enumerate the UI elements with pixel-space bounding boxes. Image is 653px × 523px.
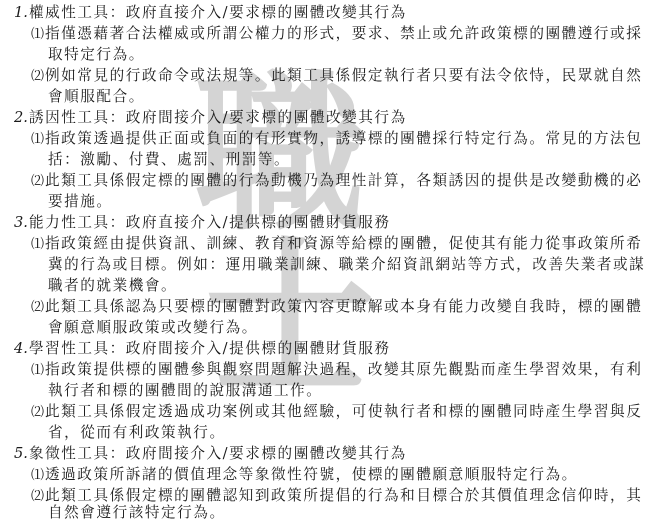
list-item: ⑴指政策透過提供正面或負面的有形實物，誘導標的團體採行特定行為。常見的方法包 [31, 129, 642, 150]
list-item: ⑴透過政策所訴諸的價值理念等象徵性符號，使標的團體願意順服特定行為。 [31, 465, 578, 486]
item-text: 此類工具係認為只要標的團體對政策內容更瞭解或本身有能力改變自我時，標的團體 [45, 298, 642, 315]
item-marker: ⑵ [31, 300, 44, 315]
list-item: ⑴指政策提供標的團體參與觀察問題解決過程，改變其原先觀點而產生學習效果，有利 [31, 360, 642, 381]
section-number: 2. [14, 109, 28, 126]
section-heading: 2.誘因性工具：政府間接介入/要求標的團體改變其行為 [14, 108, 407, 128]
section-number: 4. [14, 340, 28, 357]
item-continuation: 會順服配合。 [48, 87, 145, 107]
item-continuation: 冀的行為或目標。例如：運用職業訓練、職業介紹資訊網站等方式，改善失業者或謀 [48, 255, 645, 275]
item-text: 指政策提供標的團體參與觀察問題解決過程，改變其原先觀點而產生學習效果，有利 [45, 361, 642, 378]
list-item: ⑴指政策經由提供資訊、訓練、教育和資源等給標的團體，促使其有能力從事政策所希 [31, 234, 642, 255]
item-continuation: 省，從而有利政策執行。 [48, 423, 226, 443]
item-text: 此類工具係假定標的團體認知到政策所提倡的行為和目標合於其價值理念信仰時，其 [45, 487, 642, 504]
item-marker: ⑵ [31, 489, 44, 504]
item-continuation: 自然會遵行該特定行為。 [48, 503, 226, 523]
item-text: 此類工具係假定透過成功案例或其他經驗，可使執行者和標的團體同時產生學習與反 [45, 403, 642, 420]
section-title: 誘因性工具：政府間接介入/要求標的團體改變其行為 [29, 109, 407, 126]
item-text: 指政策透過提供正面或負面的有形實物，誘導標的團體採行特定行為。常見的方法包 [45, 130, 642, 147]
section-heading: 3.能力性工具：政府直接介入/提供標的團體財貨服務 [14, 213, 391, 233]
section-title: 權威性工具：政府直接介入/要求標的團體改變其行為 [29, 4, 407, 21]
item-text: 例如常見的行政命令或法規等。此類工具係假定執行者只要有法令依恃，民眾就自然 [45, 67, 642, 84]
item-marker: ⑴ [31, 363, 44, 378]
item-continuation: 會願意順服政策或改變行為。 [48, 318, 258, 338]
item-continuation: 取特定行為。 [48, 45, 145, 65]
item-marker: ⑵ [31, 174, 44, 189]
section-number: 5. [14, 445, 28, 462]
list-item: ⑵此類工具係假定標的團體的行為動機乃為理性計算，各類誘因的提供是改變動機的必 [31, 171, 642, 192]
item-continuation: 要措施。 [48, 192, 113, 212]
list-item: ⑵例如常見的行政命令或法規等。此類工具係假定執行者只要有法令依恃，民眾就自然 [31, 66, 642, 87]
section-title: 學習性工具：政府間接介入/提供標的團體財貨服務 [29, 340, 391, 357]
item-text: 指僅憑藉著合法權威或所謂公權力的形式，要求、禁止或允許政策標的團體遵行或採 [45, 25, 642, 42]
item-continuation: 職者的就業機會。 [48, 276, 177, 296]
item-marker: ⑴ [31, 237, 44, 252]
item-marker: ⑴ [31, 132, 44, 147]
list-item: ⑵此類工具係假定透過成功案例或其他經驗，可使執行者和標的團體同時產生學習與反 [31, 402, 642, 423]
item-marker: ⑵ [31, 69, 44, 84]
item-continuation: 執行者和標的團體間的說服溝通工作。 [48, 381, 322, 401]
section-number: 3. [14, 214, 28, 231]
list-item: ⑵此類工具係認為只要標的團體對政策內容更瞭解或本身有能力改變自我時，標的團體 [31, 297, 642, 318]
section-title: 能力性工具：政府直接介入/提供標的團體財貨服務 [29, 214, 391, 231]
list-item: ⑴指僅憑藉著合法權威或所謂公權力的形式，要求、禁止或允許政策標的團體遵行或採 [31, 24, 642, 45]
item-marker: ⑴ [31, 27, 44, 42]
section-title: 象徵性工具：政府間接介入/要求標的團體改變其行為 [29, 445, 407, 462]
item-continuation: 括：激勵、付費、處罰、刑罰等。 [48, 150, 290, 170]
section-number: 1. [14, 4, 28, 21]
item-text: 指政策經由提供資訊、訓練、教育和資源等給標的團體，促使其有能力從事政策所希 [45, 235, 642, 252]
item-marker: ⑴ [31, 468, 44, 483]
item-text: 此類工具係假定標的團體的行為動機乃為理性計算，各類誘因的提供是改變動機的必 [45, 172, 642, 189]
section-heading: 5.象徵性工具：政府間接介入/要求標的團體改變其行為 [14, 444, 407, 464]
item-text: 透過政策所訴諸的價值理念等象徵性符號，使標的團體願意順服特定行為。 [45, 466, 578, 483]
item-marker: ⑵ [31, 405, 44, 420]
section-heading: 1.權威性工具：政府直接介入/要求標的團體改變其行為 [14, 3, 407, 23]
section-heading: 4.學習性工具：政府間接介入/提供標的團體財貨服務 [14, 339, 391, 359]
